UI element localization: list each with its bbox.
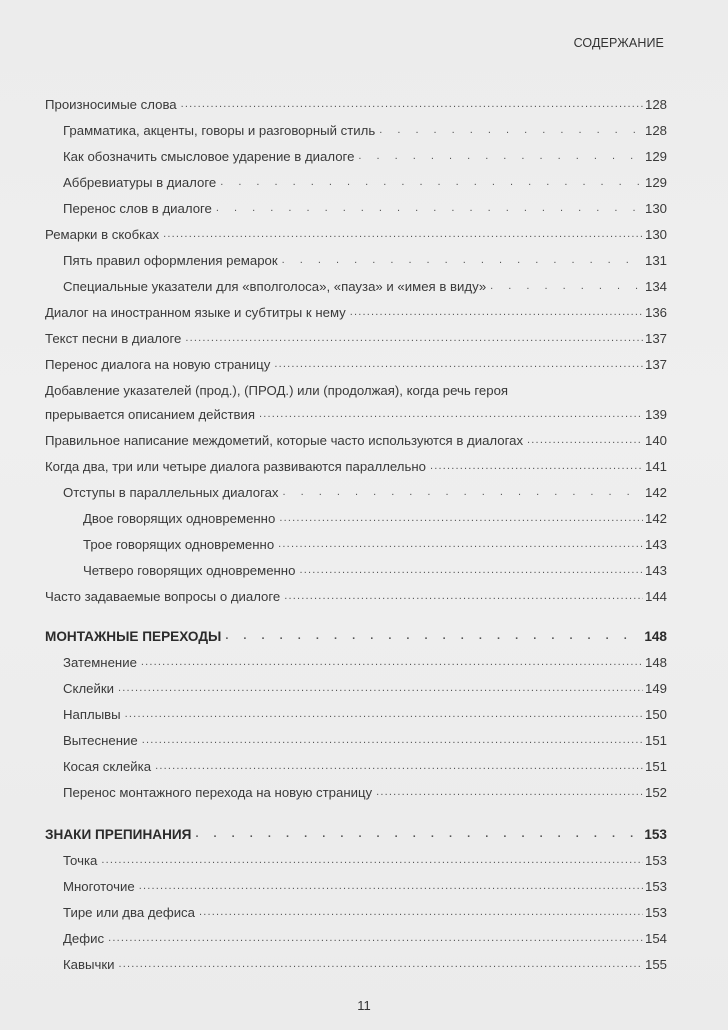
- toc-entry: Перенос диалога на новую страницу.......…: [45, 356, 667, 373]
- toc-entry-title: Специальные указатели для «вполголоса», …: [63, 278, 490, 295]
- toc-entry-title-continued: прерывается описанием действия: [45, 406, 259, 423]
- toc-entry: Четверо говорящих одновременно..........…: [83, 562, 667, 579]
- toc-section-heading: ЗНАКИ ПРЕПИНАНИЯ. . . . . . . . . . . . …: [45, 826, 667, 843]
- toc-page-number: 153: [643, 878, 667, 895]
- dot-leader: ........................................…: [279, 510, 643, 527]
- toc-entry-title: Перенос слов в диалоге: [63, 200, 216, 217]
- toc-entry-title: Дефис: [63, 930, 108, 947]
- toc-page-number: 155: [643, 956, 667, 973]
- toc-page-number: 152: [643, 784, 667, 801]
- toc-page-number: 130: [643, 200, 667, 217]
- dot-leader: ........................................…: [350, 304, 643, 321]
- toc-entry-title: Когда два, три или четыре диалога развив…: [45, 458, 430, 475]
- toc-entry-title: Косая склейка: [63, 758, 155, 775]
- dot-leader: . . . . . . . . . . . . . . . . . . . . …: [282, 252, 643, 269]
- toc-entry-title: Многоточие: [63, 878, 139, 895]
- dot-leader: ........................................…: [142, 732, 643, 749]
- dot-leader: ........................................…: [139, 878, 643, 895]
- dot-leader: ........................................…: [278, 536, 643, 553]
- toc-entry: Перенос слов в диалоге. . . . . . . . . …: [63, 200, 667, 217]
- dot-leader: ........................................…: [527, 432, 643, 449]
- toc-entry: Склейки.................................…: [63, 680, 667, 697]
- toc-entry: Трое говорящих одновременно.............…: [83, 536, 667, 553]
- toc-page-number: 150: [643, 706, 667, 723]
- toc-entry-title: ЗНАКИ ПРЕПИНАНИЯ: [45, 826, 195, 843]
- toc-page-number: 140: [643, 432, 667, 449]
- toc-page-number: 153: [642, 826, 667, 843]
- toc-page-number: 144: [643, 588, 667, 605]
- toc-page-number: 143: [643, 536, 667, 553]
- dot-leader: ........................................…: [299, 562, 643, 579]
- toc-entry: Вытеснение..............................…: [63, 732, 667, 749]
- toc-entry: Кавычки.................................…: [63, 956, 667, 973]
- toc-entry: Диалог на иностранном языке и субтитры к…: [45, 304, 667, 321]
- toc-entry-title: Тире или два дефиса: [63, 904, 199, 921]
- toc-entry: Когда два, три или четыре диалога развив…: [45, 458, 667, 475]
- toc-entry: Ремарки в скобках.......................…: [45, 226, 667, 243]
- dot-leader: ........................................…: [108, 930, 643, 947]
- toc-page-number: 128: [643, 122, 667, 139]
- toc-page-number: 141: [643, 458, 667, 475]
- running-head: СОДЕРЖАНИЕ: [574, 36, 664, 50]
- toc-entry: Аббревиатуры в диалоге. . . . . . . . . …: [63, 174, 667, 191]
- toc-entry-title: Произносимые слова: [45, 96, 181, 113]
- toc-entry-title: Диалог на иностранном языке и субтитры к…: [45, 304, 350, 321]
- toc-entry: Текст песни в диалоге...................…: [45, 330, 667, 347]
- toc-page-number: 151: [643, 758, 667, 775]
- toc-page-number: 153: [643, 852, 667, 869]
- toc-page-number: 153: [643, 904, 667, 921]
- toc-entry-title: Двое говорящих одновременно: [83, 510, 279, 527]
- toc-entry: Специальные указатели для «вполголоса», …: [63, 278, 667, 295]
- toc-page-number: 128: [643, 96, 667, 113]
- toc-page-number: 148: [642, 628, 667, 645]
- toc-entry: Грамматика, акценты, говоры и разговорны…: [63, 122, 667, 139]
- toc-entry-title: Точка: [63, 852, 101, 869]
- toc-page-number: 154: [643, 930, 667, 947]
- toc-entry: Затемнение..............................…: [63, 654, 667, 671]
- dot-leader: ........................................…: [185, 330, 643, 347]
- toc-entry: Двое говорящих одновременно.............…: [83, 510, 667, 527]
- toc-entry-title: МОНТАЖНЫЕ ПЕРЕХОДЫ: [45, 628, 225, 645]
- toc-entry: Часто задаваемые вопросы о диалоге......…: [45, 588, 667, 605]
- toc-entry-title: Текст песни в диалоге: [45, 330, 185, 347]
- toc-entry-title: Пять правил оформления ремарок: [63, 252, 282, 269]
- dot-leader: ........................................…: [119, 956, 643, 973]
- toc-section-heading: МОНТАЖНЫЕ ПЕРЕХОДЫ. . . . . . . . . . . …: [45, 628, 667, 645]
- dot-leader: . . . . . . . . . . . . . . . . . . . . …: [379, 122, 643, 139]
- toc-page-number: 148: [643, 654, 667, 671]
- toc-entry: Перенос монтажного перехода на новую стр…: [63, 784, 667, 801]
- page-number: 11: [0, 998, 728, 1013]
- dot-leader: . . . . . . . . . . . . . . . . . . . . …: [225, 628, 642, 645]
- toc-entry: Отступы в параллельных диалогах. . . . .…: [63, 484, 667, 501]
- dot-leader: ........................................…: [118, 680, 643, 697]
- dot-leader: . . . . . . . . . . . . . . . . . . . . …: [195, 826, 642, 843]
- toc-entry-title: Аббревиатуры в диалоге: [63, 174, 220, 191]
- toc-entry: Точка...................................…: [63, 852, 667, 869]
- toc-entry-title: Склейки: [63, 680, 118, 697]
- book-page: СОДЕРЖАНИЕ Произносимые слова...........…: [0, 0, 728, 1030]
- toc-entry: Многоточие..............................…: [63, 878, 667, 895]
- toc-entry-title: Часто задаваемые вопросы о диалоге: [45, 588, 284, 605]
- toc-entry: Наплывы.................................…: [63, 706, 667, 723]
- dot-leader: ........................................…: [430, 458, 643, 475]
- dot-leader: . . . . . . . . . . . . . . . . . . . . …: [220, 174, 643, 191]
- dot-leader: . . . . . . . . . . . . . . . . . . . . …: [490, 278, 643, 295]
- toc-page-number: 137: [643, 356, 667, 373]
- toc-entry-title: Затемнение: [63, 654, 141, 671]
- toc-entry: Дефис...................................…: [63, 930, 667, 947]
- dot-leader: ........................................…: [155, 758, 643, 775]
- dot-leader: ........................................…: [163, 226, 643, 243]
- dot-leader: ........................................…: [274, 356, 643, 373]
- toc-entry-title: Добавление указателей (прод.), (ПРОД.) и…: [45, 382, 667, 399]
- dot-leader: ........................................…: [141, 654, 643, 671]
- toc-entry: Как обозначить смысловое ударение в диал…: [63, 148, 667, 165]
- dot-leader: ........................................…: [199, 904, 643, 921]
- toc-page-number: 129: [643, 148, 667, 165]
- toc-page-number: 142: [643, 484, 667, 501]
- toc-page-number: 142: [643, 510, 667, 527]
- toc-page-number: 151: [643, 732, 667, 749]
- toc-entry-title: Наплывы: [63, 706, 125, 723]
- dot-leader: ........................................…: [284, 588, 643, 605]
- toc-entry-title: Грамматика, акценты, говоры и разговорны…: [63, 122, 379, 139]
- toc-entry: Добавление указателей (прод.), (ПРОД.) и…: [45, 382, 667, 423]
- dot-leader: ........................................…: [181, 96, 643, 113]
- toc-page-number: 149: [643, 680, 667, 697]
- toc-entry-title: Кавычки: [63, 956, 119, 973]
- toc-page-number: 131: [643, 252, 667, 269]
- toc-entry-title: Трое говорящих одновременно: [83, 536, 278, 553]
- toc-entry-title: Отступы в параллельных диалогах: [63, 484, 283, 501]
- toc-entry: Тире или два дефиса.....................…: [63, 904, 667, 921]
- toc-entry: Косая склейка...........................…: [63, 758, 667, 775]
- dot-leader: ........................................…: [259, 406, 643, 423]
- dot-leader: ........................................…: [376, 784, 643, 801]
- dot-leader: ........................................…: [125, 706, 643, 723]
- toc-entry: Пять правил оформления ремарок. . . . . …: [63, 252, 667, 269]
- toc-page-number: 139: [643, 406, 667, 423]
- dot-leader: . . . . . . . . . . . . . . . . . . . . …: [358, 148, 643, 165]
- toc-page-number: 130: [643, 226, 667, 243]
- toc-entry-title: Ремарки в скобках: [45, 226, 163, 243]
- toc-entry-title: Как обозначить смысловое ударение в диал…: [63, 148, 358, 165]
- toc-entry-title: Правильное написание междометий, которые…: [45, 432, 527, 449]
- toc-page-number: 143: [643, 562, 667, 579]
- toc-entry-title: Вытеснение: [63, 732, 142, 749]
- toc-entry-title: Перенос диалога на новую страницу: [45, 356, 274, 373]
- toc-page-number: 134: [643, 278, 667, 295]
- dot-leader: . . . . . . . . . . . . . . . . . . . . …: [283, 484, 643, 501]
- dot-leader: . . . . . . . . . . . . . . . . . . . . …: [216, 200, 643, 217]
- toc-page-number: 137: [643, 330, 667, 347]
- toc-entry-title: Четверо говорящих одновременно: [83, 562, 299, 579]
- toc-page-number: 136: [643, 304, 667, 321]
- dot-leader: ........................................…: [101, 852, 643, 869]
- toc-entry: Правильное написание междометий, которые…: [45, 432, 667, 449]
- toc-entry-title: Перенос монтажного перехода на новую стр…: [63, 784, 376, 801]
- toc-page-number: 129: [643, 174, 667, 191]
- toc-entry: Произносимые слова......................…: [45, 96, 667, 113]
